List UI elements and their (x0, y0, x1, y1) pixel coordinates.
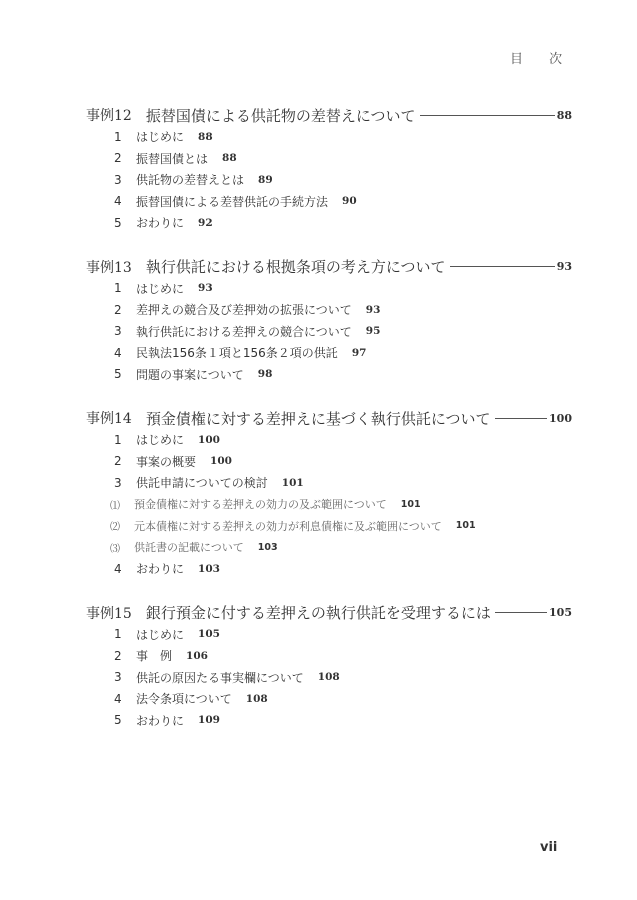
item-number: 3 (114, 670, 136, 684)
item-page: 100 (210, 455, 232, 467)
toc-item[interactable]: 3供託の原因たる事実欄について108 (86, 667, 572, 689)
item-number: 2 (114, 454, 136, 468)
running-head-char-2: 次 (549, 48, 562, 67)
item-page: 88 (198, 131, 213, 143)
chapter-title: 執行供託における根拠条項の考え方について (146, 256, 446, 277)
toc-chapter-14: 事例14 預金債権に対する差押えに基づく執行供託について 100 1はじめに10… (86, 407, 572, 580)
item-number: 5 (114, 713, 136, 727)
subitem-title: 供託書の記載について (134, 539, 244, 555)
leader-line (420, 115, 555, 116)
item-title: 振替国債とは (136, 150, 208, 167)
toc-item[interactable]: 4民執法156条１項と156条２項の供託97 (86, 342, 572, 364)
running-head-char-1: 目 (510, 48, 523, 67)
item-number: 4 (114, 692, 136, 706)
subitem-page: 101 (401, 499, 421, 510)
chapter-heading[interactable]: 事例14 預金債権に対する差押えに基づく執行供託について 100 (86, 407, 572, 429)
toc-item[interactable]: 4法令条項について108 (86, 688, 572, 710)
running-head: 目 次 (510, 48, 562, 67)
item-title: 供託の原因たる事実欄について (136, 669, 304, 686)
item-title: 供託申請についての検討 (136, 474, 268, 491)
item-number: 1 (114, 130, 136, 144)
chapter-page: 88 (557, 109, 572, 122)
toc-item[interactable]: 5おわりに109 (86, 710, 572, 732)
item-title: 差押えの競合及び差押効の拡張について (136, 301, 352, 318)
item-title: はじめに (136, 280, 184, 297)
chapter-heading[interactable]: 事例15 銀行預金に付する差押えの執行供託を受理するには 105 (86, 602, 572, 624)
item-page: 109 (198, 714, 220, 726)
item-number: 2 (114, 151, 136, 165)
toc-subitem[interactable]: ⑴預金債権に対する差押えの効力の及ぶ範囲について101 (86, 494, 572, 516)
item-title: 供託物の差替えとは (136, 171, 244, 188)
item-title: 事 例 (136, 647, 172, 664)
chapter-page: 105 (549, 606, 572, 619)
subitem-number: ⑴ (110, 497, 134, 512)
item-title: 法令条項について (136, 690, 232, 707)
item-page: 93 (198, 282, 213, 294)
item-title: おわりに (136, 214, 184, 231)
toc-subitem[interactable]: ⑵元本債権に対する差押えの効力が利息債権に及ぶ範囲について101 (86, 515, 572, 537)
item-number: 5 (114, 216, 136, 230)
item-page: 100 (198, 434, 220, 446)
item-page: 98 (258, 368, 273, 380)
toc-item[interactable]: 3供託物の差替えとは89 (86, 169, 572, 191)
item-title: 執行供託における差押えの競合について (136, 323, 352, 340)
leader-line (495, 612, 547, 613)
toc-item[interactable]: 5おわりに92 (86, 212, 572, 234)
item-page: 108 (246, 693, 268, 705)
subitem-page: 103 (258, 542, 278, 553)
subitem-number: ⑶ (110, 540, 134, 555)
item-number: 4 (114, 562, 136, 576)
leader-line (450, 266, 555, 267)
chapter-page: 93 (557, 260, 572, 273)
item-page: 88 (222, 152, 237, 164)
chapter-heading[interactable]: 事例13 執行供託における根拠条項の考え方について 93 (86, 256, 572, 278)
item-page: 101 (282, 477, 304, 489)
item-title: 民執法156条１項と156条２項の供託 (136, 344, 338, 361)
item-page: 93 (366, 304, 381, 316)
item-page: 90 (342, 195, 357, 207)
item-number: 1 (114, 281, 136, 295)
toc-item[interactable]: 4おわりに103 (86, 558, 572, 580)
chapter-label: 事例15 (86, 603, 132, 623)
toc-chapter-13: 事例13 執行供託における根拠条項の考え方について 93 1はじめに93 2差押… (86, 256, 572, 386)
toc-item[interactable]: 2振替国債とは88 (86, 148, 572, 170)
item-title: はじめに (136, 128, 184, 145)
toc-item[interactable]: 1はじめに88 (86, 126, 572, 148)
item-number: 1 (114, 627, 136, 641)
subitem-title: 預金債権に対する差押えの効力の及ぶ範囲について (134, 496, 387, 512)
leader-line (495, 418, 548, 419)
item-title: はじめに (136, 626, 184, 643)
item-title: 振替国債による差替供託の手続方法 (136, 193, 328, 210)
toc-item[interactable]: 4振替国債による差替供託の手続方法90 (86, 191, 572, 213)
item-page: 95 (366, 325, 381, 337)
item-page: 106 (186, 650, 208, 662)
toc-item[interactable]: 1はじめに100 (86, 429, 572, 451)
item-page: 103 (198, 563, 220, 575)
item-number: 1 (114, 433, 136, 447)
chapter-title: 振替国債による供託物の差替えについて (146, 105, 416, 126)
item-number: 3 (114, 324, 136, 338)
item-title: はじめに (136, 431, 184, 448)
item-title: おわりに (136, 712, 184, 729)
item-number: 2 (114, 303, 136, 317)
chapter-label: 事例14 (86, 408, 132, 428)
toc-item[interactable]: 1はじめに105 (86, 624, 572, 646)
item-title: 事案の概要 (136, 453, 196, 470)
toc-item[interactable]: 2差押えの競合及び差押効の拡張について93 (86, 299, 572, 321)
item-number: 5 (114, 367, 136, 381)
subitem-number: ⑵ (110, 518, 134, 533)
chapter-title: 銀行預金に付する差押えの執行供託を受理するには (146, 602, 491, 623)
page-number: vii (540, 840, 557, 855)
toc-item[interactable]: 2事案の概要100 (86, 451, 572, 473)
chapter-label: 事例12 (86, 105, 132, 125)
item-number: 4 (114, 346, 136, 360)
chapter-label: 事例13 (86, 257, 132, 277)
toc-chapter-12: 事例12 振替国債による供託物の差替えについて 88 1はじめに88 2振替国債… (86, 104, 572, 234)
item-number: 3 (114, 173, 136, 187)
subitem-page: 101 (456, 520, 476, 531)
item-page: 89 (258, 174, 273, 186)
item-number: 3 (114, 476, 136, 490)
item-page: 105 (198, 628, 220, 640)
item-title: 問題の事案について (136, 366, 244, 383)
item-number: 2 (114, 649, 136, 663)
toc-subitem[interactable]: ⑶供託書の記載について103 (86, 537, 572, 559)
item-page: 92 (198, 217, 213, 229)
item-number: 4 (114, 194, 136, 208)
chapter-heading[interactable]: 事例12 振替国債による供託物の差替えについて 88 (86, 104, 572, 126)
table-of-contents: 事例12 振替国債による供託物の差替えについて 88 1はじめに88 2振替国債… (86, 104, 572, 753)
toc-item[interactable]: 5問題の事案について98 (86, 364, 572, 386)
chapter-title: 預金債権に対する差押えに基づく執行供託について (146, 408, 491, 429)
subitem-title: 元本債権に対する差押えの効力が利息債権に及ぶ範囲について (134, 518, 442, 534)
item-page: 108 (318, 671, 340, 683)
chapter-page: 100 (549, 412, 572, 425)
toc-item[interactable]: 2事 例106 (86, 645, 572, 667)
item-page: 97 (352, 347, 367, 359)
toc-item[interactable]: 3執行供託における差押えの競合について95 (86, 321, 572, 343)
toc-chapter-15: 事例15 銀行預金に付する差押えの執行供託を受理するには 105 1はじめに10… (86, 602, 572, 732)
item-title: おわりに (136, 560, 184, 577)
toc-item[interactable]: 3供託申請についての検討101 (86, 472, 572, 494)
toc-item[interactable]: 1はじめに93 (86, 278, 572, 300)
